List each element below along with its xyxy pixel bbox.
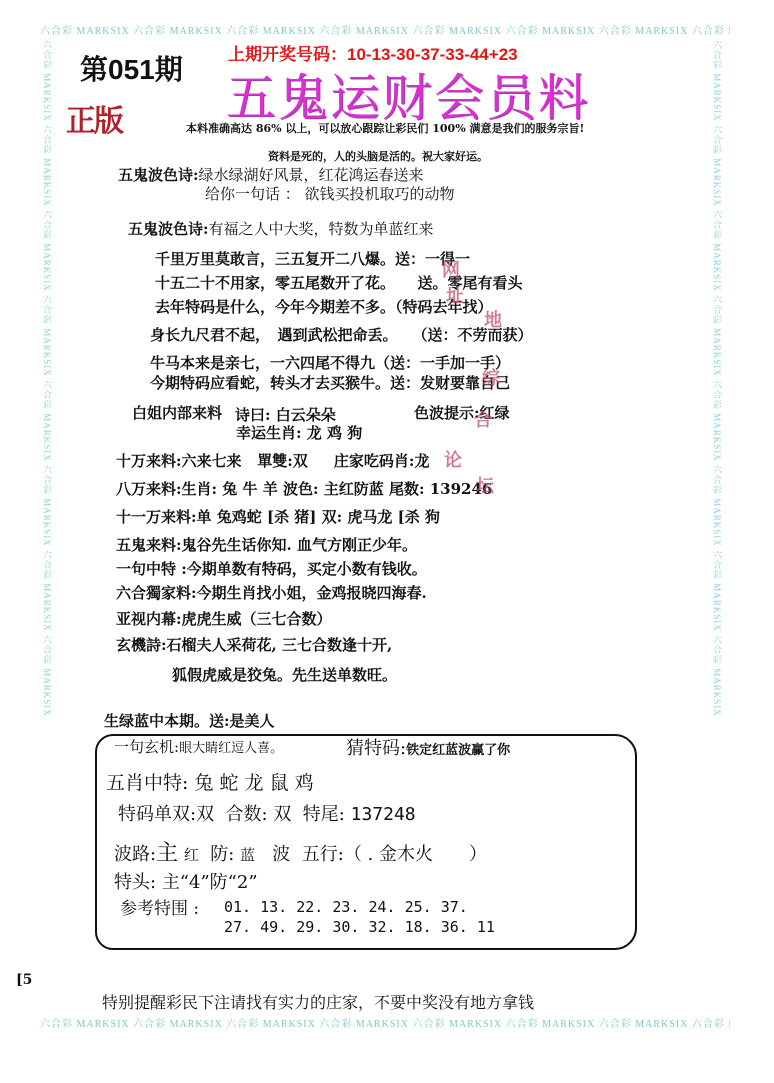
watermark-border-left: 六合彩 MARKSIX 六合彩 MARKSIX 六合彩 MARKSIX 六合彩 …	[42, 40, 54, 1020]
tagline-accuracy: 本料准确高达 86% 以上，可以放心跟踪让彩民们 100% 满意是我们的服务宗旨…	[186, 120, 584, 136]
baijie-label: 白姐内部来料	[132, 402, 222, 423]
special-odd-even-label: 特码单双:	[118, 804, 196, 825]
lottery-tip-sheet: 六合彩 MARKSIX 六合彩 MARKSIX 六合彩 MARKSIX 六合彩 …	[0, 0, 774, 1083]
row-100k: 十万来料:六来七来 單雙:双 庄家吃码肖:龙	[116, 450, 429, 471]
row-atv-label: 亚视内幕:	[116, 610, 182, 628]
row-one-line-text: 今期单数有特码，买定小数有钱收。	[187, 560, 427, 578]
five-zodiac: 五肖中特: 兔 蛇 龙 鼠 鸡	[106, 768, 314, 795]
stamp-zhi: 址	[446, 282, 464, 308]
poem1-line2: 给你一句话 ： 欲钱买投机取巧的动物	[205, 183, 455, 204]
edition-mark: 正版	[66, 96, 122, 140]
wave-label: 波路:	[114, 844, 156, 865]
color-hint: 色波提示:红绿	[414, 402, 510, 423]
row-xuanji-label: 玄機詩:	[116, 636, 167, 654]
verse-5: 牛马本来是亲七，一六四尾不得九（送：一手加一手）	[150, 352, 510, 373]
guess-label: 猜特码:	[346, 738, 406, 759]
row-80k-text: 生肖: 兔 牛 羊 波色: 主红防蓝 尾数: 139246	[182, 480, 493, 498]
odd-even-label: 單雙:	[257, 452, 293, 470]
row-xuanji: 玄機詩:石榴夫人采荷花, 三七合数逢十开,	[116, 634, 392, 655]
tagline-luck: 资料是死的，人的头脑是活的。祝大家好运。	[268, 148, 488, 164]
row-100k-text: 六来七来	[182, 452, 242, 470]
odd-even-value: 双	[293, 452, 308, 470]
riddle-text: 眼大睛红逗人喜。	[179, 741, 283, 756]
row-one-line: 一句中特 :今期单数有特码，买定小数有钱收。	[116, 558, 427, 579]
head-label: 特头:	[114, 872, 156, 893]
footer-warning: 特别提醒彩民下注请找有实力的庄家，不要中奖没有地方拿钱	[102, 990, 534, 1013]
banker-eats-value: 龙	[414, 452, 429, 470]
verse-2: 十五二十不用家，零五尾数开了花。 送。零尾有看头	[155, 272, 523, 293]
ref-numbers-line2: 27. 49. 29. 30. 32. 18. 36. 11	[224, 918, 495, 936]
row-one-line-label: 一句中特 :	[116, 560, 187, 578]
row-wugui-text: 鬼谷先生话你知. 血气方刚正少年。	[182, 536, 417, 554]
row-exclusive-text: 今期生肖找小姐，金鸡报晓四海春.	[197, 584, 427, 602]
wave-guard-value: 蓝	[240, 846, 255, 864]
five-zodiac-label: 五肖中特:	[106, 772, 188, 794]
row-wugui: 五鬼来料:鬼谷先生话你知. 血气方刚正少年。	[116, 534, 417, 555]
row-exclusive: 六合獨家料:今期生肖找小姐，金鸡报晓四海春.	[116, 582, 427, 603]
row-110k: 十一万来料:单 兔鸡蛇 [杀 猪] 双: 虎马龙 [杀 狗	[116, 506, 440, 527]
stamp-he: 合	[474, 406, 492, 432]
wave-color-poem-1: 五鬼波色诗:绿水绿湖好风景，红花鸿运春送来	[118, 164, 424, 185]
corner-mark: [5	[16, 972, 32, 988]
ref-label: 参考特围 :	[120, 894, 199, 919]
watermark-border-bottom: 六合彩 MARKSIX 六合彩 MARKSIX 六合彩 MARKSIX 六合彩 …	[40, 1018, 730, 1032]
head-value: 主“4”防“2”	[162, 872, 258, 893]
riddle: 一句玄机:眼大睛红逗人喜。	[114, 736, 283, 757]
wave-color-poem-2: 五鬼波色诗:有福之人中大奖，特数为单蓝红来	[128, 218, 434, 239]
wave-suffix: 波	[272, 844, 290, 865]
verse-3: 去年特码是什么，今年今期差不多。（特码去年找）	[155, 296, 493, 317]
elements-label: 五行:	[302, 844, 344, 865]
issue-number: 第051期	[80, 48, 183, 88]
row-100k-label: 十万来料:	[116, 452, 182, 470]
green-blue-line: 生绿蓝中本期。送:是美人	[104, 710, 275, 731]
verse-6: 今期特码应看蛇，转头才去买猴牛。送：发财要靠自己	[150, 372, 510, 393]
row-atv: 亚视内幕:虎虎生威（三七合数）	[116, 608, 332, 629]
verse-4: 身长九尺君不起， 遇到武松把命丢。 （送：不劳而获）	[150, 324, 533, 345]
lucky-zodiac: 幸运生肖: 龙 鸡 狗	[236, 422, 362, 443]
five-zodiac-text: 兔 蛇 龙 鼠 鸡	[194, 772, 313, 794]
lucky-zodiac-text: 龙 鸡 狗	[307, 424, 362, 442]
elements-value: （ . 金木火 ）	[344, 844, 487, 865]
stamp-wang: 网	[442, 256, 460, 282]
poem2-text: 有福之人中大奖，特数为单蓝红来	[209, 220, 434, 238]
head-row: 特头: 主“4”防“2”	[114, 868, 258, 894]
poem1-label: 五鬼波色诗:	[118, 166, 199, 184]
guess-special: 猜特码:铁定红蓝波赢了你	[346, 734, 510, 760]
xuanji-line2: 狐假虎威是狡兔。先生送单数旺。	[172, 664, 397, 685]
banker-eats-label: 庄家吃码肖:	[334, 452, 415, 470]
row-110k-label: 十一万来料:	[116, 508, 197, 526]
wave-row: 波路:主 红 防: 蓝 波 五行:（ . 金木火 ）	[114, 836, 487, 867]
row-xuanji-text: 石榴夫人采荷花, 三七合数逢十开,	[167, 636, 393, 654]
stamp-zong: 综	[482, 364, 500, 390]
row-110k-text: 单 兔鸡蛇 [杀 猪] 双: 虎马龙 [杀 狗	[197, 508, 440, 526]
odd-even-row: 特码单双:双 合数: 双 特尾: 137248	[118, 800, 416, 826]
special-odd-even-value: 双	[196, 804, 214, 825]
watermark-border-top: 六合彩 MARKSIX 六合彩 MARKSIX 六合彩 MARKSIX 六合彩 …	[40, 25, 730, 39]
stamp-tan: 坛	[476, 472, 494, 498]
tail-label: 特尾:	[303, 804, 345, 825]
stamp-lun: 论	[444, 446, 462, 472]
watermark-border-right: 六合彩 MARKSIX 六合彩 MARKSIX 六合彩 MARKSIX 六合彩 …	[712, 40, 724, 1020]
sum-value: 双	[273, 804, 291, 825]
color-hint-label: 色波提示:	[414, 404, 480, 422]
lucky-zodiac-label: 幸运生肖:	[236, 424, 302, 442]
poem2-label: 五鬼波色诗:	[128, 220, 209, 238]
ref-numbers-line1: 01. 13. 22. 23. 24. 25. 37.	[224, 898, 468, 916]
verse-1: 千里万里莫敢言，三五复开二八爆。送：一得一	[155, 248, 470, 269]
wave-guard-label: 防:	[210, 844, 234, 865]
row-wugui-label: 五鬼来料:	[116, 536, 182, 554]
row-80k: 八万来料:生肖: 兔 牛 羊 波色: 主红防蓝 尾数: 139246	[116, 478, 492, 499]
poem1-text: 绿水绿湖好风景，红花鸿运春送来	[199, 166, 424, 184]
row-exclusive-label: 六合獨家料:	[116, 584, 197, 602]
guess-text: 铁定红蓝波赢了你	[406, 743, 510, 758]
row-atv-text: 虎虎生威（三七合数）	[182, 610, 332, 628]
stamp-di: 地	[484, 306, 502, 332]
row-80k-label: 八万来料:	[116, 480, 182, 498]
tail-value: 137248	[351, 804, 416, 825]
riddle-label: 一句玄机:	[114, 738, 179, 756]
wave-main-color: 红	[184, 846, 199, 864]
wave-main: 主	[156, 841, 178, 866]
sum-label: 合数:	[226, 804, 268, 825]
